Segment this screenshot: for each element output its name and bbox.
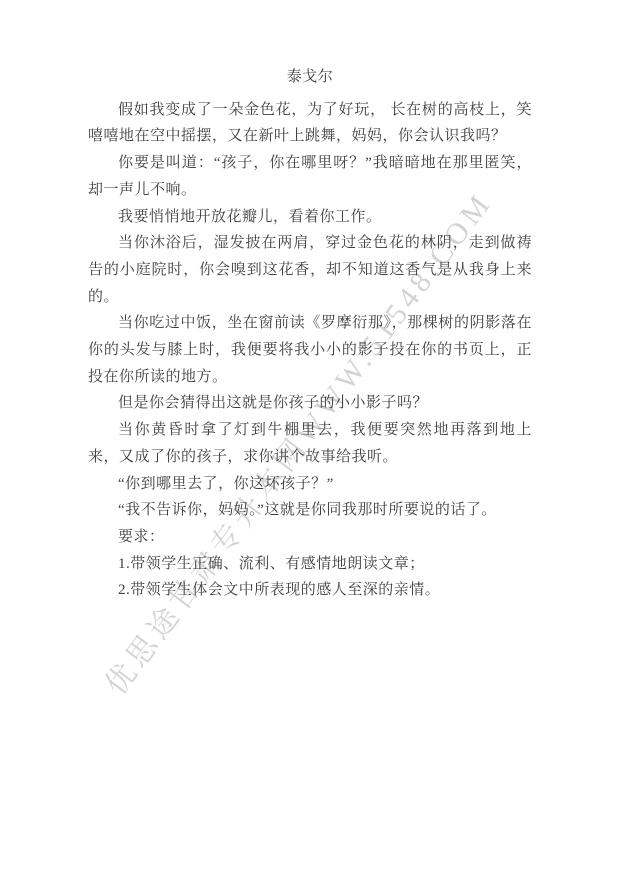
document-content: 泰戈尔 假如我变成了一朵金色花，为了好玩， 长在树的高枝上，笑嘻嘻地在空中摇摆，… bbox=[0, 0, 620, 604]
paragraph-4: 当你沐浴后，湿发披在两肩，穿过金色花的林阴，走到做祷告的小庭院时，你会嗅到这花香… bbox=[88, 230, 532, 310]
paragraph-8-dialogue: “你到哪里去了，你这坏孩子？” bbox=[88, 471, 532, 498]
document-page: 优思途甘肃专升本网WWW.51548.COM 泰戈尔 假如我变成了一朵金色花，为… bbox=[0, 0, 620, 876]
paragraph-2: 你要是叫道：“孩子，你在哪里呀？”我暗暗地在那里匿笑，却一声儿不响。 bbox=[88, 150, 532, 203]
paragraph-6: 但是你会猜得出这就是你孩子的小小影子吗？ bbox=[88, 390, 532, 417]
requirements-label: 要求： bbox=[88, 524, 532, 551]
requirement-item-1: 1.带领学生正确、流利、有感情地朗读文章； bbox=[88, 551, 532, 578]
paragraph-9-dialogue: “我不告诉你，妈妈。”这就是你同我那时所要说的话了。 bbox=[88, 497, 532, 524]
author-title: 泰戈尔 bbox=[88, 64, 532, 91]
paragraph-7: 当你黄昏时拿了灯到牛棚里去，我便要突然地再落到地上来，又成了你的孩子，求你讲个故… bbox=[88, 417, 532, 470]
paragraph-5: 当你吃过中饭，坐在窗前读《罗摩衍那》，那棵树的阴影落在你的头发与膝上时，我便要将… bbox=[88, 310, 532, 390]
paragraph-3: 我要悄悄地开放花瓣儿，看着你工作。 bbox=[88, 204, 532, 231]
requirement-item-2: 2.带领学生体会文中所表现的感人至深的亲情。 bbox=[88, 577, 532, 604]
paragraph-1: 假如我变成了一朵金色花，为了好玩， 长在树的高枝上，笑嘻嘻地在空中摇摆，又在新叶… bbox=[88, 97, 532, 150]
